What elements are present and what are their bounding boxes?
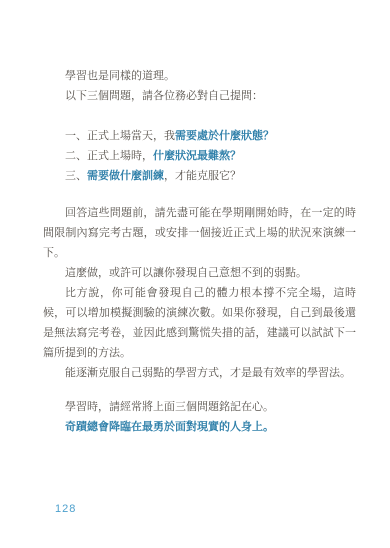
question-2-highlight: 什麼狀況最難熬？ — [153, 150, 241, 162]
question-item-2: 二、正式上場時，什麼狀況最難熬？ — [43, 146, 356, 166]
question-3-highlight: 需要做什麼訓練 — [87, 170, 164, 182]
paragraph-body-1: 回答這些問題前，請先盡可能在學期剛開始時，在一定的時間限制內寫完考古題，或安排一… — [43, 203, 356, 263]
paragraph-intro-1: 學習也是同樣的道理。 — [43, 66, 356, 86]
paragraph-closing-1: 學習時，請經常將上面三個問題銘記在心。 — [43, 397, 356, 417]
paragraph-body-2: 這麼做，或許可以讓你發現自己意想不到的弱點。 — [43, 263, 356, 283]
book-page: 學習也是同樣的道理。 以下三個問題，請各位務必對自己提問： 一、正式上場當天，我… — [0, 0, 390, 548]
paragraph-body-3: 比方說，你可能會發現自己的體力根本撐不完全場，這時候，可以增加模擬測驗的演練次數… — [43, 283, 356, 363]
question-3-prefix: 三、 — [65, 170, 87, 182]
question-3-suffix: ，才能克服它？ — [164, 170, 241, 182]
page-text-block: 學習也是同樣的道理。 以下三個問題，請各位務必對自己提問： 一、正式上場當天，我… — [43, 66, 356, 437]
question-1-prefix: 一、正式上場當天，我 — [65, 130, 175, 142]
paragraph-body-4: 能逐漸克服自己弱點的學習方式，才是最有效率的學習法。 — [43, 363, 356, 383]
page-number: 128 — [55, 503, 76, 515]
question-2-prefix: 二、正式上場時， — [65, 150, 153, 162]
paragraph-intro-2: 以下三個問題，請各位務必對自己提問： — [43, 86, 356, 106]
question-1-highlight: 需要處於什麼狀態？ — [175, 130, 274, 142]
question-item-3: 三、需要做什麼訓練，才能克服它？ — [43, 166, 356, 186]
paragraph-closing-highlight: 奇蹟總會降臨在最勇於面對現實的人身上。 — [43, 417, 356, 437]
question-item-1: 一、正式上場當天，我需要處於什麼狀態？ — [43, 126, 356, 146]
